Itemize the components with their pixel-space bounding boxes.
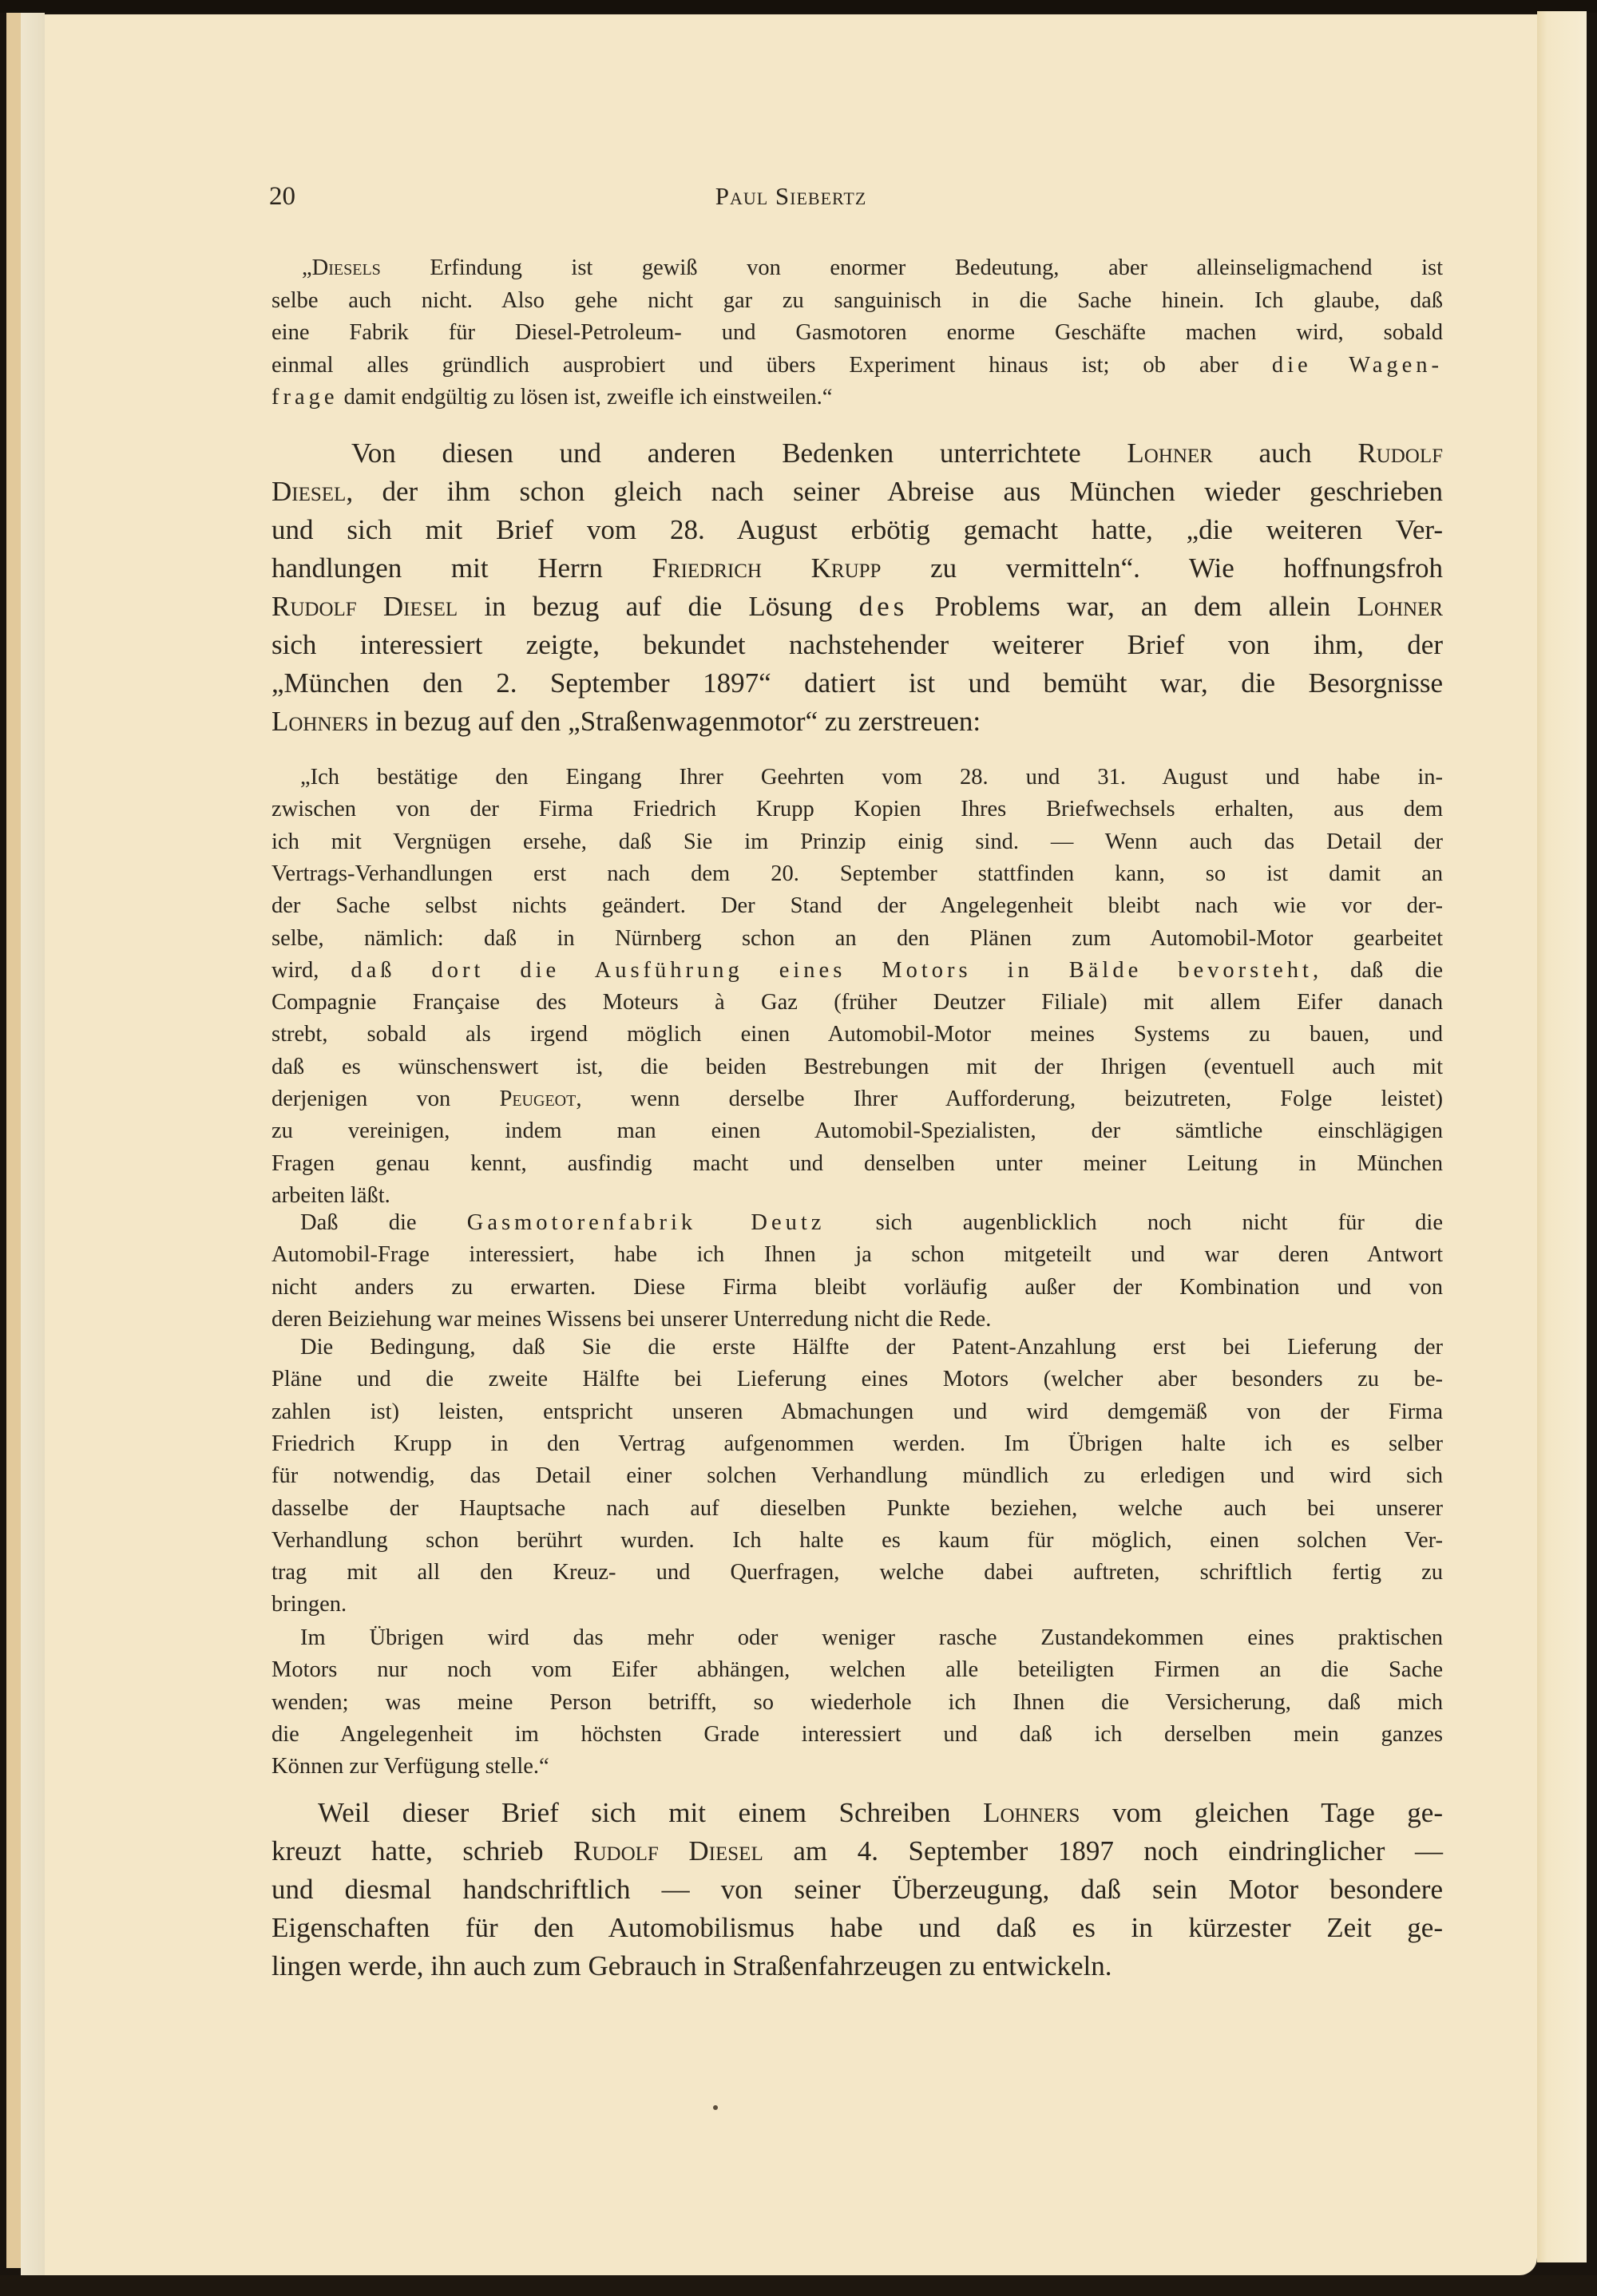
text-run: Können zur Verfügung stelle.“ bbox=[271, 1754, 549, 1779]
book-edge-left bbox=[6, 13, 21, 2268]
text-line: Eigenschaften für den Automobilismus hab… bbox=[271, 1912, 1443, 1944]
text-run: nicht anders zu erwarten. Diese Firma bl… bbox=[271, 1275, 1443, 1300]
text-run: daß es wünschenswert ist, die beiden Bes… bbox=[271, 1055, 1443, 1079]
text-run: in bezug auf den „Straßenwagenmotor“ zu … bbox=[368, 706, 981, 737]
text-run: handlungen mit Herrn bbox=[271, 552, 652, 584]
text-line: nicht anders zu erwarten. Diese Firma bl… bbox=[271, 1275, 1443, 1300]
text-line: die Angelegenheit im höchsten Grade inte… bbox=[271, 1722, 1443, 1748]
text-run: , wenn derselbe Ihrer Aufforderung, beiz… bbox=[576, 1087, 1443, 1111]
text-line: selbe, nämlich: daß in Nürnberg schon an… bbox=[271, 926, 1443, 952]
small-caps-name: Friedrich Krupp bbox=[652, 552, 881, 584]
small-caps-name: Peugeot bbox=[499, 1087, 576, 1111]
text-run: für notwendig, das Detail einer solchen … bbox=[271, 1463, 1443, 1488]
text-run: „München den 2. September 1897“ datiert … bbox=[271, 667, 1443, 699]
text-line: wird, daß dort die Ausführung eines Moto… bbox=[271, 958, 1443, 984]
text-line: dasselbe der Hauptsache nach auf dieselb… bbox=[271, 1496, 1443, 1522]
text-run: , daß die bbox=[1313, 958, 1443, 983]
text-run: , der ihm schon gleich nach seiner Abrei… bbox=[346, 476, 1443, 507]
text-run: die Angelegenheit im höchsten Grade inte… bbox=[271, 1722, 1443, 1747]
small-caps-name: Rudolf bbox=[1357, 437, 1443, 469]
text-run: wenden; was meine Person betrifft, so wi… bbox=[271, 1690, 1443, 1715]
paper-speck bbox=[713, 2105, 718, 2110]
text-line: Pläne und die zweite Hälfte bei Lieferun… bbox=[271, 1367, 1443, 1392]
text-run: sich augenblicklich noch nicht für die bbox=[825, 1210, 1443, 1235]
text-line: Friedrich Krupp in den Vertrag aufgenomm… bbox=[271, 1431, 1443, 1457]
small-caps-name: Diesels bbox=[312, 255, 381, 280]
text-run: Friedrich Krupp in den Vertrag aufgenomm… bbox=[271, 1431, 1443, 1456]
text-line: selbe auch nicht. Also gehe nicht gar zu… bbox=[271, 288, 1443, 314]
small-caps-name: Lohners bbox=[983, 1797, 1080, 1828]
text-line: frage damit endgültig zu lösen ist, zwei… bbox=[271, 385, 1443, 410]
text-line: strebt, sobald als irgend möglich einen … bbox=[271, 1022, 1443, 1047]
text-run: „ bbox=[302, 255, 312, 280]
text-line: zu vereinigen, indem man einen Automobil… bbox=[271, 1118, 1443, 1144]
text-line: und sich mit Brief vom 28. August erböti… bbox=[271, 514, 1443, 546]
spaced-emphasis: frage bbox=[271, 385, 339, 410]
text-run: in bezug auf die Lösung bbox=[458, 591, 858, 622]
small-caps-name: Lohners bbox=[271, 706, 368, 737]
text-line: Vertrags-Verhandlungen erst nach dem 20.… bbox=[271, 861, 1443, 887]
spaced-emphasis: die Wagen- bbox=[1272, 353, 1443, 378]
text-run: Problems war, an dem allein bbox=[908, 591, 1357, 622]
text-run: Die Bedingung, daß Sie die erste Hälfte … bbox=[300, 1335, 1443, 1360]
text-line: kreuzt hatte, schrieb Rudolf Diesel am 4… bbox=[271, 1835, 1443, 1867]
text-run: sich interessiert zeigte, bekundet nachs… bbox=[271, 629, 1443, 660]
text-line: Können zur Verfügung stelle.“ bbox=[271, 1754, 1443, 1779]
text-line: „München den 2. September 1897“ datiert … bbox=[271, 667, 1443, 699]
page-stack-left bbox=[21, 13, 45, 2275]
text-run: am 4. September 1897 noch eindringlicher… bbox=[763, 1835, 1443, 1866]
text-run: Eigenschaften für den Automobilismus hab… bbox=[271, 1912, 1443, 1943]
text-run: Compagnie Française des Moteurs à Gaz (f… bbox=[271, 990, 1443, 1015]
text-line: Verhandlung schon berührt wurden. Ich ha… bbox=[271, 1528, 1443, 1554]
facing-page-edge bbox=[1537, 11, 1587, 2262]
text-line: Automobil-Frage interessiert, habe ich I… bbox=[271, 1242, 1443, 1268]
text-line: für notwendig, das Detail einer solchen … bbox=[271, 1463, 1443, 1489]
text-line: derjenigen von Peugeot, wenn derselbe Ih… bbox=[271, 1087, 1443, 1112]
spaced-emphasis: des bbox=[859, 591, 909, 622]
small-caps-name: Lohner bbox=[1127, 437, 1213, 469]
text-run: Daß die bbox=[300, 1210, 467, 1235]
text-run: kreuzt hatte, schrieb bbox=[271, 1835, 573, 1866]
text-line: Lohners in bezug auf den „Straßenwagenmo… bbox=[271, 706, 1443, 738]
spaced-emphasis: Gasmotorenfabrik Deutz bbox=[467, 1210, 826, 1235]
text-line: sich interessiert zeigte, bekundet nachs… bbox=[271, 629, 1443, 661]
page-text: 20 Paul Siebertz „Diesels Erfindung ist … bbox=[45, 14, 1537, 2275]
text-run: Erfindung ist gewiß von enormer Bedeutun… bbox=[381, 255, 1443, 280]
text-run: ich mit Vergnügen ersehe, daß Sie im Pri… bbox=[271, 829, 1443, 854]
text-run: selbe auch nicht. Also gehe nicht gar zu… bbox=[271, 288, 1443, 313]
text-run: deren Beiziehung war meines Wissens bei … bbox=[271, 1307, 991, 1332]
text-line: Im Übrigen wird das mehr oder weniger ra… bbox=[300, 1625, 1443, 1651]
text-run: auch bbox=[1213, 437, 1357, 469]
text-run: Fragen genau kennt, ausfindig macht und … bbox=[271, 1151, 1443, 1176]
text-run: vom gleichen Tage ge- bbox=[1080, 1797, 1443, 1828]
text-line: daß es wünschenswert ist, die beiden Bes… bbox=[271, 1055, 1443, 1080]
text-run: der Sache selbst nichts geändert. Der St… bbox=[271, 893, 1443, 918]
text-run: „Ich bestätige den Eingang Ihrer Geehrte… bbox=[300, 765, 1443, 790]
text-run: arbeiten läßt. bbox=[271, 1183, 390, 1208]
text-run: lingen werde, ihn auch zum Gebrauch in S… bbox=[271, 1950, 1112, 1981]
spaced-emphasis: daß dort die Ausführung eines Motors in … bbox=[351, 958, 1313, 983]
text-run: bringen. bbox=[271, 1592, 347, 1617]
text-line: zahlen ist) leisten, entspricht unseren … bbox=[271, 1399, 1443, 1425]
text-run: zu vereinigen, indem man einen Automobil… bbox=[271, 1118, 1443, 1143]
text-line: der Sache selbst nichts geändert. Der St… bbox=[271, 893, 1443, 919]
text-line: „Ich bestätige den Eingang Ihrer Geehrte… bbox=[300, 765, 1443, 790]
text-line: eine Fabrik für Diesel-Petroleum- und Ga… bbox=[271, 320, 1443, 346]
text-line: Diesel, der ihm schon gleich nach seiner… bbox=[271, 476, 1443, 508]
text-run: eine Fabrik für Diesel-Petroleum- und Ga… bbox=[271, 320, 1443, 345]
text-line: handlungen mit Herrn Friedrich Krupp zu … bbox=[271, 552, 1443, 584]
text-run: Automobil-Frage interessiert, habe ich I… bbox=[271, 1242, 1443, 1267]
text-line: deren Beiziehung war meines Wissens bei … bbox=[271, 1307, 1443, 1332]
text-line: bringen. bbox=[271, 1592, 1443, 1617]
text-run: und diesmal handschriftlich — von seiner… bbox=[271, 1874, 1443, 1905]
text-line: ich mit Vergnügen ersehe, daß Sie im Pri… bbox=[271, 829, 1443, 855]
text-run: Von diesen und anderen Bedenken unterric… bbox=[351, 437, 1127, 469]
text-line: Weil dieser Brief sich mit einem Schreib… bbox=[318, 1797, 1443, 1829]
text-run: Im Übrigen wird das mehr oder weniger ra… bbox=[300, 1625, 1443, 1650]
text-line: trag mit all den Kreuz- und Querfragen, … bbox=[271, 1560, 1443, 1585]
text-line: Rudolf Diesel in bezug auf die Lösung de… bbox=[271, 591, 1443, 623]
text-line: Compagnie Française des Moteurs à Gaz (f… bbox=[271, 990, 1443, 1015]
text-run: damit endgültig zu lösen ist, zweifle ic… bbox=[339, 385, 833, 410]
text-run: Vertrags-Verhandlungen erst nach dem 20.… bbox=[271, 861, 1443, 886]
text-run: Weil dieser Brief sich mit einem Schreib… bbox=[318, 1797, 983, 1828]
scanner-border-bottom bbox=[0, 2275, 1597, 2296]
text-run: strebt, sobald als irgend möglich einen … bbox=[271, 1022, 1443, 1047]
text-run: und sich mit Brief vom 28. August erböti… bbox=[271, 514, 1443, 545]
text-line: Motors nur noch vom Eifer abhängen, welc… bbox=[271, 1657, 1443, 1683]
text-run: Motors nur noch vom Eifer abhängen, welc… bbox=[271, 1657, 1443, 1682]
small-caps-name: Rudolf Diesel bbox=[271, 591, 458, 622]
text-run: zahlen ist) leisten, entspricht unseren … bbox=[271, 1399, 1443, 1424]
text-run: Verhandlung schon berührt wurden. Ich ha… bbox=[271, 1528, 1443, 1553]
text-run: dasselbe der Hauptsache nach auf dieselb… bbox=[271, 1496, 1443, 1521]
book-page: 20 Paul Siebertz „Diesels Erfindung ist … bbox=[45, 14, 1537, 2275]
running-head: Paul Siebertz bbox=[45, 182, 1537, 211]
text-run: einmal alles gründlich ausprobiert und ü… bbox=[271, 353, 1272, 378]
text-run: selbe, nämlich: daß in Nürnberg schon an… bbox=[271, 926, 1443, 951]
text-run: Pläne und die zweite Hälfte bei Lieferun… bbox=[271, 1367, 1443, 1391]
text-line: Von diesen und anderen Bedenken unterric… bbox=[351, 437, 1443, 469]
text-line: Daß die Gasmotorenfabrik Deutz sich auge… bbox=[300, 1210, 1443, 1236]
text-run: trag mit all den Kreuz- und Querfragen, … bbox=[271, 1560, 1443, 1585]
text-line: wenden; was meine Person betrifft, so wi… bbox=[271, 1690, 1443, 1716]
text-line: und diesmal handschriftlich — von seiner… bbox=[271, 1874, 1443, 1906]
text-line: arbeiten läßt. bbox=[271, 1183, 1443, 1209]
text-run: derjenigen von bbox=[271, 1087, 499, 1111]
small-caps-name: Lohner bbox=[1357, 591, 1444, 622]
scanner-border-top bbox=[0, 0, 1597, 13]
text-line: zwischen von der Firma Friedrich Krupp K… bbox=[271, 797, 1443, 822]
small-caps-name: Diesel bbox=[271, 476, 346, 507]
text-run: zu vermitteln“. Wie hoffnungsfroh bbox=[881, 552, 1443, 584]
text-run: wird, bbox=[271, 958, 351, 983]
text-line: „Diesels Erfindung ist gewiß von enormer… bbox=[302, 255, 1443, 281]
text-line: Die Bedingung, daß Sie die erste Hälfte … bbox=[300, 1335, 1443, 1360]
text-line: Fragen genau kennt, ausfindig macht und … bbox=[271, 1151, 1443, 1177]
small-caps-name: Rudolf Diesel bbox=[573, 1835, 763, 1866]
text-line: einmal alles gründlich ausprobiert und ü… bbox=[271, 353, 1443, 378]
text-run: zwischen von der Firma Friedrich Krupp K… bbox=[271, 797, 1443, 821]
text-line: lingen werde, ihn auch zum Gebrauch in S… bbox=[271, 1950, 1443, 1982]
